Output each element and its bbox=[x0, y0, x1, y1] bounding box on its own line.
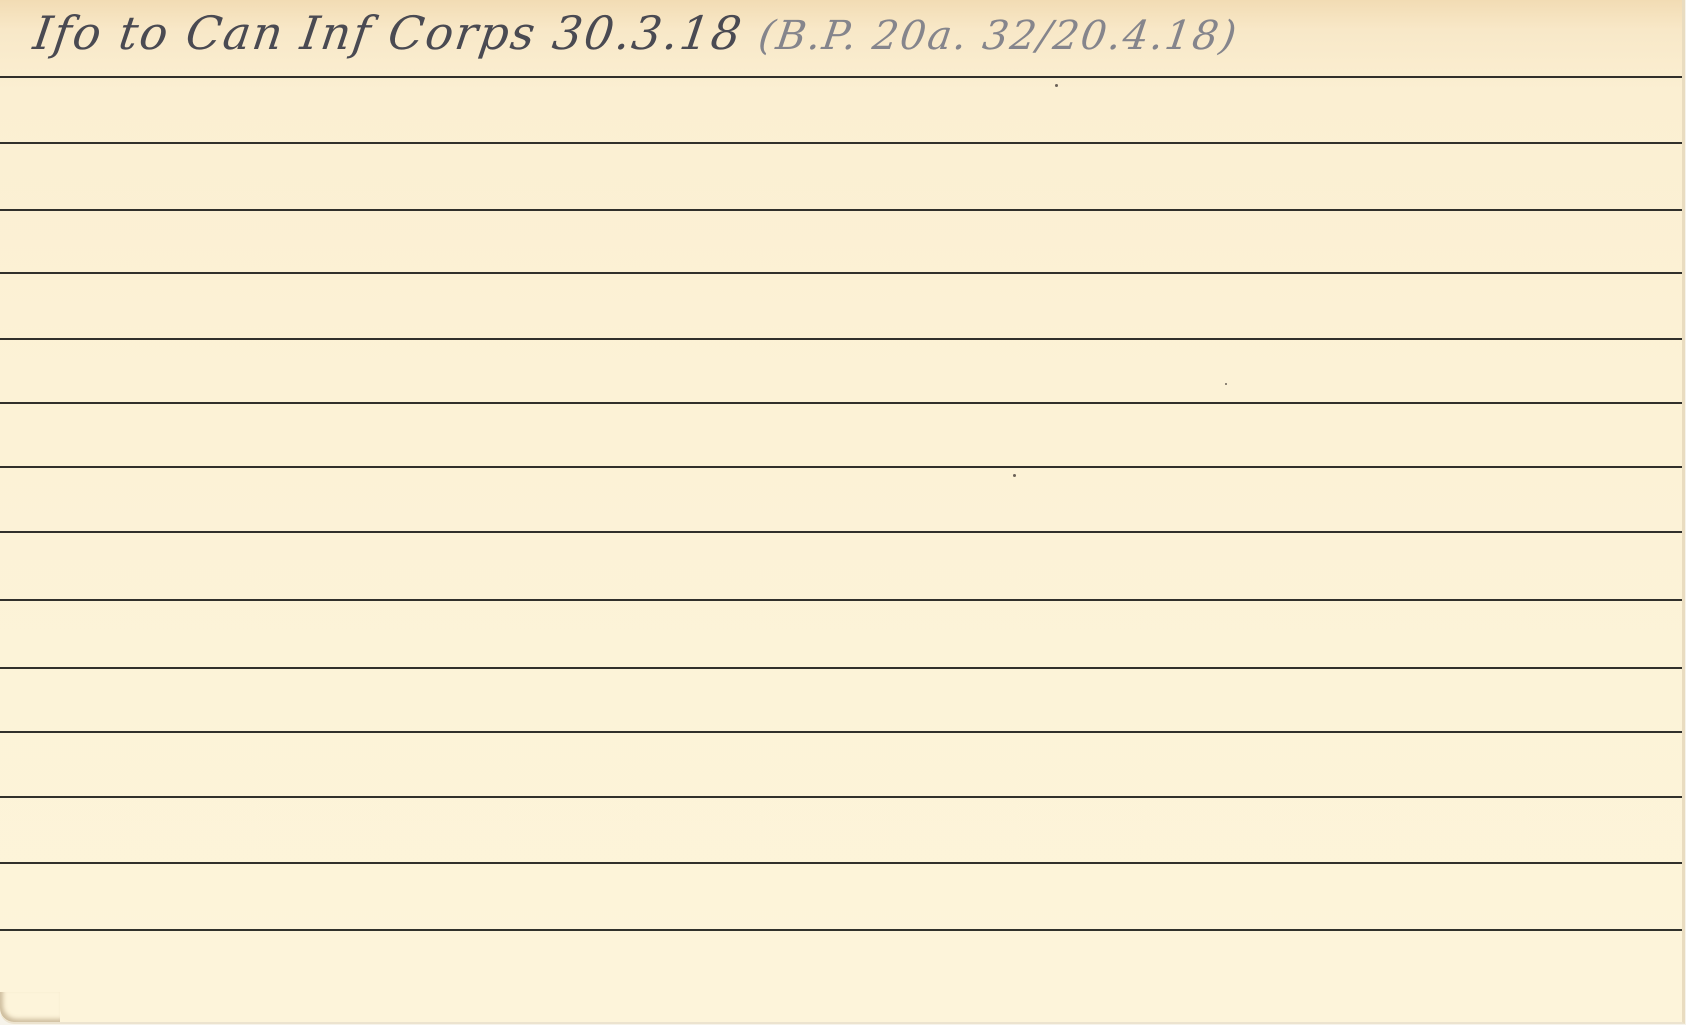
paper-speck bbox=[1055, 84, 1058, 87]
ruled-line bbox=[0, 599, 1682, 601]
ruled-line bbox=[0, 209, 1682, 211]
ruled-line bbox=[0, 338, 1682, 340]
ruled-line bbox=[0, 796, 1682, 798]
ruled-line bbox=[0, 142, 1682, 144]
handwritten-entry: Ifo to Can Inf Corps 30.3.18 (B.P. 20a. … bbox=[30, 6, 1242, 60]
ruled-line bbox=[0, 731, 1682, 733]
index-card: Ifo to Can Inf Corps 30.3.18 (B.P. 20a. … bbox=[0, 0, 1685, 1024]
ruled-line bbox=[0, 402, 1682, 404]
ruled-line bbox=[0, 929, 1682, 931]
ruled-line bbox=[0, 862, 1682, 864]
ruled-line bbox=[0, 272, 1682, 274]
handwritten-note-text: (B.P. 20a. 32/20.4.18) bbox=[756, 13, 1241, 59]
ruled-line bbox=[0, 466, 1682, 468]
paper-speck bbox=[1013, 474, 1016, 477]
ruled-line bbox=[0, 76, 1682, 78]
handwritten-main-text: Ifo to Can Inf Corps 30.3.18 bbox=[30, 6, 746, 60]
paper-speck bbox=[1225, 383, 1227, 385]
ruled-line bbox=[0, 531, 1682, 533]
ruled-line bbox=[0, 667, 1682, 669]
